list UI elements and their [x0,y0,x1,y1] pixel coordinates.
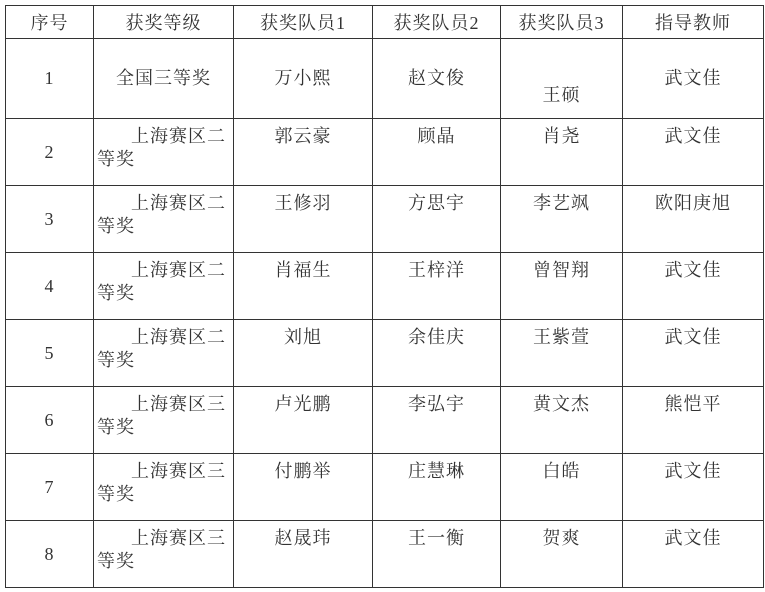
cell-member3: 肖尧 [501,119,623,186]
member3-name: 白皓 [543,461,581,481]
column-header-member3: 获奖队员3 [501,6,623,39]
header-row: 序号 获奖等级 获奖队员1 获奖队员2 获奖队员3 指导教师 [6,6,764,39]
member1-name: 王修羽 [275,193,332,213]
cell-member2: 王一衡 [373,521,501,588]
cell-teacher: 武文佳 [623,119,764,186]
teacher-name: 武文佳 [665,126,722,146]
cell-member1: 卢光鹏 [234,387,373,454]
cell-award-level: 上海赛区二等奖 [94,186,234,253]
cell-member1: 刘旭 [234,320,373,387]
column-header-member1: 获奖队员1 [234,6,373,39]
teacher-name: 武文佳 [665,68,722,88]
award-level-line2: 等奖 [97,216,135,236]
teacher-name: 武文佳 [665,461,722,481]
serial-number: 5 [45,343,55,363]
cell-serial: 5 [6,320,94,387]
cell-member1: 王修羽 [234,186,373,253]
table-row: 7 上海赛区三等奖 付鹏举 庄慧琳 白皓 武文佳 [6,454,764,521]
cell-member2: 王梓洋 [373,253,501,320]
cell-member1: 万小熙 [234,39,373,119]
teacher-name: 武文佳 [665,528,722,548]
serial-number: 8 [45,544,55,564]
cell-award-level: 上海赛区三等奖 [94,521,234,588]
member1-name: 刘旭 [284,327,322,347]
cell-teacher: 武文佳 [623,320,764,387]
award-level-line1: 上海赛区二 [131,260,226,280]
cell-member3: 曾智翔 [501,253,623,320]
member1-name: 万小熙 [275,68,332,88]
cell-teacher: 武文佳 [623,454,764,521]
serial-number: 2 [45,142,55,162]
member3-name: 黄文杰 [533,394,590,414]
member3-name: 曾智翔 [533,260,590,280]
cell-serial: 3 [6,186,94,253]
member2-name: 王梓洋 [408,260,465,280]
cell-award-level: 上海赛区三等奖 [94,454,234,521]
serial-number: 6 [45,410,55,430]
cell-serial: 7 [6,454,94,521]
teacher-name: 武文佳 [665,260,722,280]
serial-number: 1 [45,68,55,88]
column-header-serial: 序号 [6,6,94,39]
cell-teacher: 武文佳 [623,521,764,588]
member2-name: 余佳庆 [408,327,465,347]
cell-member2: 赵文俊 [373,39,501,119]
member2-name: 赵文俊 [408,68,465,88]
table-row: 8 上海赛区三等奖 赵晟玮 王一衡 贺爽 武文佳 [6,521,764,588]
award-level-line2: 等奖 [97,350,135,370]
column-header-member2: 获奖队员2 [373,6,501,39]
award-level-line2: 等奖 [97,484,135,504]
cell-member2: 李弘宇 [373,387,501,454]
cell-member2: 方思宇 [373,186,501,253]
member1-name: 肖福生 [275,260,332,280]
awards-table: 序号 获奖等级 获奖队员1 获奖队员2 获奖队员3 指导教师 1 全国三等奖 万… [5,5,764,588]
award-level-line2: 等奖 [97,417,135,437]
cell-member3: 贺爽 [501,521,623,588]
cell-member2: 余佳庆 [373,320,501,387]
award-level-line1: 上海赛区二 [131,327,226,347]
award-level-line1: 上海赛区二 [131,193,226,213]
member1-name: 付鹏举 [275,461,332,481]
serial-number: 3 [45,209,55,229]
cell-member1: 付鹏举 [234,454,373,521]
cell-award-level: 上海赛区三等奖 [94,387,234,454]
cell-teacher: 熊恺平 [623,387,764,454]
cell-member3: 黄文杰 [501,387,623,454]
award-level-line2: 等奖 [97,283,135,303]
member3-name: 贺爽 [543,528,581,548]
table-row: 2 上海赛区二等奖 郭云豪 顾晶 肖尧 武文佳 [6,119,764,186]
teacher-name: 熊恺平 [665,394,722,414]
cell-member3: 李艺飒 [501,186,623,253]
member3-name: 王硕 [543,85,581,105]
cell-member1: 郭云豪 [234,119,373,186]
cell-serial: 2 [6,119,94,186]
cell-award-level: 上海赛区二等奖 [94,253,234,320]
awards-table-body: 1 全国三等奖 万小熙 赵文俊 王硕 武文佳 2 上海赛区二等奖 郭云豪 顾晶 … [6,39,764,588]
cell-teacher: 武文佳 [623,253,764,320]
award-level-line1: 上海赛区三 [131,528,226,548]
column-header-award: 获奖等级 [94,6,234,39]
table-row: 6 上海赛区三等奖 卢光鹏 李弘宇 黄文杰 熊恺平 [6,387,764,454]
cell-member3: 王紫萱 [501,320,623,387]
award-level-line1: 上海赛区二 [131,126,226,146]
cell-award-level: 全国三等奖 [94,39,234,119]
member2-name: 庄慧琳 [408,461,465,481]
cell-teacher: 欧阳庚旭 [623,186,764,253]
serial-number: 7 [45,477,55,497]
cell-award-level: 上海赛区二等奖 [94,119,234,186]
cell-award-level: 上海赛区二等奖 [94,320,234,387]
table-row: 5 上海赛区二等奖 刘旭 余佳庆 王紫萱 武文佳 [6,320,764,387]
serial-number: 4 [45,276,55,296]
cell-member2: 庄慧琳 [373,454,501,521]
cell-member1: 赵晟玮 [234,521,373,588]
cell-serial: 6 [6,387,94,454]
member2-name: 王一衡 [408,528,465,548]
award-level-line2: 等奖 [97,149,135,169]
member1-name: 郭云豪 [275,126,332,146]
member1-name: 卢光鹏 [275,394,332,414]
cell-serial: 8 [6,521,94,588]
member3-name: 肖尧 [543,126,581,146]
table-row: 4 上海赛区二等奖 肖福生 王梓洋 曾智翔 武文佳 [6,253,764,320]
awards-table-header: 序号 获奖等级 获奖队员1 获奖队员2 获奖队员3 指导教师 [6,6,764,39]
award-level-line2: 等奖 [97,551,135,571]
member3-name: 李艺飒 [533,193,590,213]
award-level-line1: 上海赛区三 [131,394,226,414]
cell-member3: 王硕 [501,39,623,119]
cell-member1: 肖福生 [234,253,373,320]
teacher-name: 欧阳庚旭 [655,193,731,213]
column-header-teacher: 指导教师 [623,6,764,39]
award-level-line1: 上海赛区三 [131,461,226,481]
cell-member2: 顾晶 [373,119,501,186]
table-row: 1 全国三等奖 万小熙 赵文俊 王硕 武文佳 [6,39,764,119]
member2-name: 李弘宇 [408,394,465,414]
member2-name: 顾晶 [418,126,456,146]
award-level-text: 全国三等奖 [116,68,211,88]
table-row: 3 上海赛区二等奖 王修羽 方思宇 李艺飒 欧阳庚旭 [6,186,764,253]
cell-teacher: 武文佳 [623,39,764,119]
member2-name: 方思宇 [408,193,465,213]
teacher-name: 武文佳 [665,327,722,347]
member3-name: 王紫萱 [533,327,590,347]
cell-member3: 白皓 [501,454,623,521]
cell-serial: 4 [6,253,94,320]
member1-name: 赵晟玮 [275,528,332,548]
cell-serial: 1 [6,39,94,119]
